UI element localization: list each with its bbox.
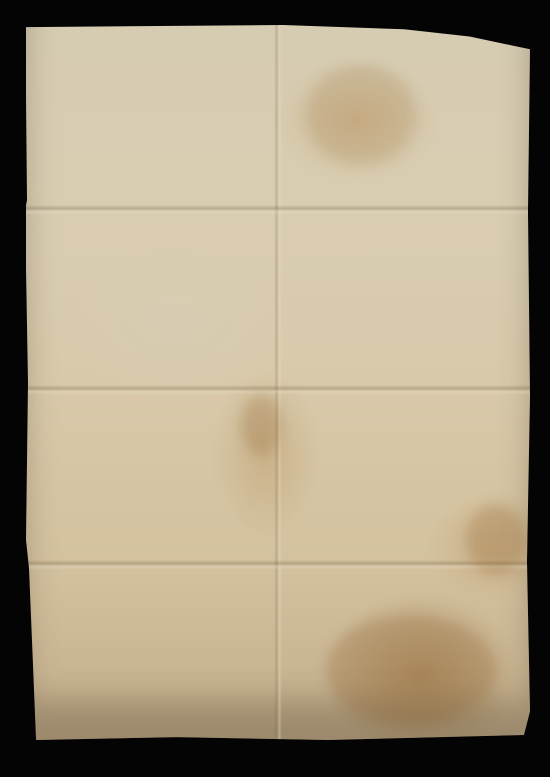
- aged-paper-sheet: [26, 25, 530, 740]
- water-stain: [241, 395, 281, 455]
- horizontal-fold-line-2: [26, 385, 530, 395]
- horizontal-fold-line-1: [26, 205, 530, 215]
- photo-scene: [0, 0, 550, 777]
- water-stain: [466, 505, 526, 575]
- water-stain: [326, 615, 496, 725]
- vertical-fold-line: [274, 25, 282, 740]
- horizontal-fold-line-3: [26, 560, 530, 570]
- water-stain: [306, 65, 416, 165]
